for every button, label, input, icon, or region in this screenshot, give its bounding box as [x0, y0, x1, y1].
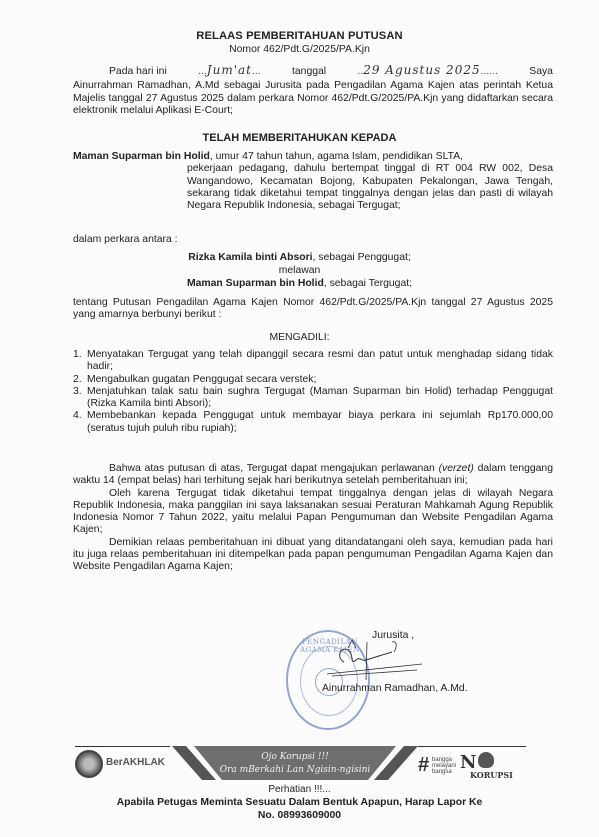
- berakhlak-logo-text: BerAKHLAK: [106, 757, 165, 768]
- closing-paragraph-2: Oleh karena Tergugat tidak diketahui tem…: [73, 488, 553, 537]
- document-title: RELAAS PEMBERITAHUAN PUTUSAN: [0, 30, 599, 42]
- closing-paragraph-1: Bahwa atas putusan di atas, Tergugat dap…: [73, 463, 553, 488]
- intro-paragraph: Pada hari ini ...Jum'at... tanggal ..29 …: [73, 64, 553, 117]
- attention-label: Perhatian !!!...: [0, 784, 599, 795]
- date-handwritten: ..29 Agustus 2025......: [357, 64, 498, 78]
- recipient-name: Maman Suparman bin Holid: [73, 151, 210, 162]
- anti-corruption-banner: Ojo Korupsi !!! Ora mBerkahi Lan Ngisin-…: [172, 746, 418, 780]
- handwritten-signature: [322, 640, 432, 680]
- verdict-list: 1.Menyatakan Tergugat yang telah dipangg…: [73, 349, 553, 435]
- verdict-text: Membebankan kepada Penggugat untuk memba…: [87, 410, 553, 433]
- verdict-number: 1.: [73, 349, 82, 361]
- footer-divider-left: [75, 746, 170, 747]
- plaintiff-name: Rizka Kamila binti Absori: [188, 252, 312, 263]
- verdict-text: Menyatakan Tergugat yang telah dipanggil…: [87, 349, 553, 372]
- day-handwritten: ...Jum'at...: [198, 64, 261, 78]
- verdict-item: 3.Menjatuhkan talak satu bain sughra Ter…: [73, 386, 553, 411]
- recipient-block: Maman Suparman bin Holid, umur 47 tahun …: [73, 151, 553, 212]
- verdict-number: 2.: [73, 374, 82, 386]
- pada-hari-ini-label: Pada hari ini: [109, 66, 167, 78]
- case-number: Nomor 462/Pdt.G/2025/PA.Kjn: [0, 44, 599, 55]
- verdict-text: Menjatuhkan talak satu bain sughra Tergu…: [87, 386, 553, 409]
- verdict-item: 4.Membebankan kepada Penggugat untuk mem…: [73, 410, 553, 435]
- recipient-first-line: Maman Suparman bin Holid, umur 47 tahun …: [73, 151, 553, 163]
- report-phone-number: No. 08993609000: [0, 810, 599, 821]
- section-heading: TELAH MEMBERITAHUKAN KEPADA: [0, 132, 599, 144]
- verdict-text: Mengabulkan gugatan Penggugat secara ver…: [87, 374, 316, 385]
- intro-body: Ainurrahman Ramadhan, A.Md sebagai Jurus…: [73, 80, 553, 117]
- no-korupsi-logo: N KORUPSI: [460, 752, 494, 773]
- banner-line-1: Ojo Korupsi !!!: [172, 752, 418, 762]
- bangga-melayani-bangsa-logo: bangga melayani bangsa: [432, 757, 456, 775]
- recipient-details: pekerjaan pedagang, dahulu bertempat tin…: [73, 163, 553, 212]
- banner-line-2: Ora mBerkahi Lan Ngisin-ngisini: [172, 765, 418, 775]
- closing-paragraphs: Bahwa atas putusan di atas, Tergugat dap…: [73, 463, 553, 574]
- tentang-paragraph: tentang Putusan Pengadilan Agama Kajen N…: [73, 297, 553, 322]
- footer-divider-right: [418, 746, 526, 747]
- berakhlak-emblem-icon: [75, 750, 103, 778]
- verdict-number: 3.: [73, 386, 82, 398]
- defendant-name: Maman Suparman bin Holid: [187, 278, 324, 289]
- verdict-item: 1.Menyatakan Tergugat yang telah dipangg…: [73, 349, 553, 374]
- verdict-number: 4.: [73, 410, 82, 422]
- tanggal-label: tanggal: [292, 66, 326, 78]
- report-notice: Apabila Petugas Meminta Sesuatu Dalam Be…: [0, 797, 599, 808]
- intro-first-line: Pada hari ini ...Jum'at... tanggal ..29 …: [73, 64, 553, 78]
- document-page: RELAAS PEMBERITAHUAN PUTUSAN Nomor 462/P…: [0, 0, 599, 837]
- saya-label: Saya: [529, 66, 553, 78]
- signatory-name: Ainurrahman Ramadhan, A.Md.: [322, 683, 468, 694]
- mengadili-heading: MENGADILI:: [0, 332, 599, 343]
- verdict-item: 2.Mengabulkan gugatan Penggugat secara v…: [73, 374, 553, 386]
- plaintiff-line: Rizka Kamila binti Absori, sebagai Pengg…: [0, 252, 599, 263]
- closing-paragraph-3: Demikian relaas pemberitahuan ini dibuat…: [73, 537, 553, 574]
- hashtag-icon: #: [418, 754, 429, 777]
- perkara-antara: dalam perkara antara :: [73, 234, 178, 245]
- hand-stop-icon: [478, 752, 494, 768]
- versus-label: melawan: [0, 265, 599, 276]
- defendant-line: Maman Suparman bin Holid, sebagai Tergug…: [0, 278, 599, 289]
